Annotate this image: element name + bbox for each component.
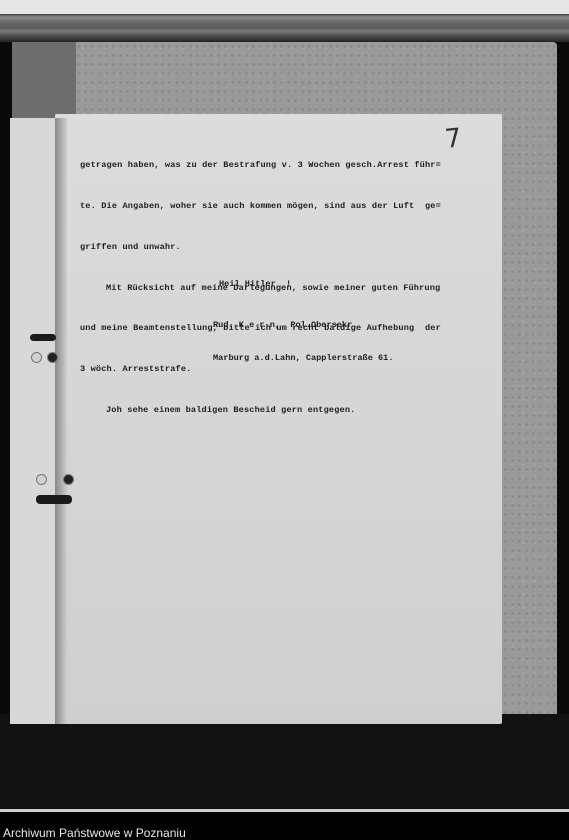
folder-strip <box>10 118 56 724</box>
archive-caption: Archiwum Państwowe w Poznaniu <box>3 826 186 840</box>
body-line: getragen haben, was zu der Bestrafung v.… <box>80 159 490 173</box>
signature-address: Marburg a.d.Lahn, Capplerstraße 61. <box>213 353 394 364</box>
binder-clip-top <box>30 334 56 341</box>
punch-hole <box>47 352 58 363</box>
page-fold <box>55 118 67 724</box>
viewer-top-bar <box>0 0 569 14</box>
footer: Archiwum Państwowe w Poznaniu <box>0 812 569 840</box>
body-line: Joh sehe einem baldigen Bescheid gern en… <box>80 404 490 418</box>
binder-clip-bottom <box>36 495 72 504</box>
punch-hole <box>31 352 42 363</box>
signature-name: Rud. K e r n, Pol.Obersekr. <box>213 320 394 331</box>
scanner-rod <box>0 14 569 42</box>
scan-dark-edge <box>0 714 569 809</box>
punch-hole <box>36 474 47 485</box>
body-line: griffen und unwahr. <box>80 241 490 255</box>
punch-hole <box>63 474 74 485</box>
signature-block: Heil Hitler ! Rud. K e r n, Pol.Obersekr… <box>213 257 394 386</box>
closing-greeting: Heil Hitler ! <box>213 279 394 290</box>
body-line: te. Die Angaben, woher sie auch kommen m… <box>80 200 490 214</box>
document-scan: 7 getragen haben, was zu der Bestrafung … <box>0 14 569 809</box>
